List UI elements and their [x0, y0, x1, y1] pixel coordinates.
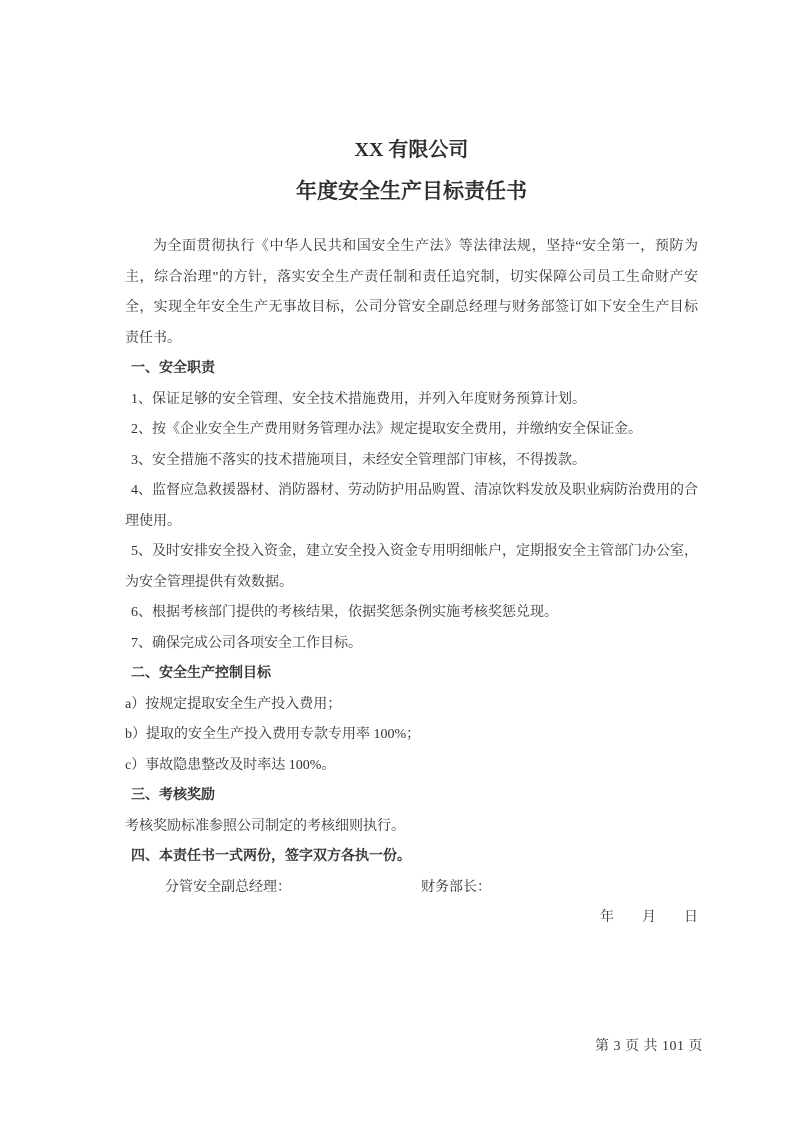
- section-heading-4: 四、本责任书一式两份，签字双方各执一份。: [125, 842, 698, 873]
- signature-label-left: 分管安全副总经理：: [165, 880, 291, 895]
- list-item-a: a）按规定提取安全生产投入费用；: [125, 690, 698, 721]
- list-item-7: 7、确保完成公司各项安全工作目标。: [125, 629, 698, 660]
- signature-label-right: 财务部长：: [421, 880, 491, 895]
- section-heading-1: 一、安全职责: [125, 354, 698, 385]
- page-subtitle: 年度安全生产目标责任书: [125, 176, 698, 206]
- date-line: 年 月 日: [125, 903, 698, 934]
- document-body: 为全面贯彻执行《中华人民共和国安全生产法》等法律法规，坚持“安全第一，预防为主，…: [125, 232, 698, 934]
- section-heading-3: 三、考核奖励: [125, 781, 698, 812]
- page-footer: 第 3 页 共 101 页: [595, 1037, 703, 1057]
- document-header: XX 有限公司 年度安全生产目标责任书: [125, 136, 698, 206]
- assessment-note: 考核奖励标准参照公司制定的考核细则执行。: [125, 812, 698, 843]
- list-item-6: 6、根据考核部门提供的考核结果，依据奖惩条例实施考核奖惩兑现。: [125, 598, 698, 629]
- section-heading-2: 二、安全生产控制目标: [125, 659, 698, 690]
- list-item-5: 5、及时安排安全投入资金，建立安全投入资金专用明细帐户，定期报安全主管部门办公室…: [125, 537, 698, 598]
- list-item-c: c）事故隐患整改及时率达 100%。: [125, 751, 698, 782]
- list-item-2: 2、按《企业安全生产费用财务管理办法》规定提取安全费用，并缴纳安全保证金。: [125, 415, 698, 446]
- list-item-b: b）提取的安全生产投入费用专款专用率 100%；: [125, 720, 698, 751]
- list-item-4: 4、监督应急救援器材、消防器材、劳动防护用品购置、清凉饮料发放及职业病防治费用的…: [125, 476, 698, 537]
- page-title: XX 有限公司: [125, 136, 698, 164]
- list-item-3: 3、安全措施不落实的技术措施项目，未经安全管理部门审核，不得拨款。: [125, 446, 698, 477]
- document-page: XX 有限公司 年度安全生产目标责任书 为全面贯彻执行《中华人民共和国安全生产法…: [0, 0, 793, 1122]
- intro-paragraph: 为全面贯彻执行《中华人民共和国安全生产法》等法律法规，坚持“安全第一，预防为主，…: [125, 232, 698, 354]
- list-item-1: 1、保证足够的安全管理、安全技术措施费用，并列入年度财务预算计划。: [125, 385, 698, 416]
- page-number: 第 3 页 共 101 页: [595, 1039, 703, 1054]
- signature-row: 分管安全副总经理：财务部长：: [125, 873, 698, 904]
